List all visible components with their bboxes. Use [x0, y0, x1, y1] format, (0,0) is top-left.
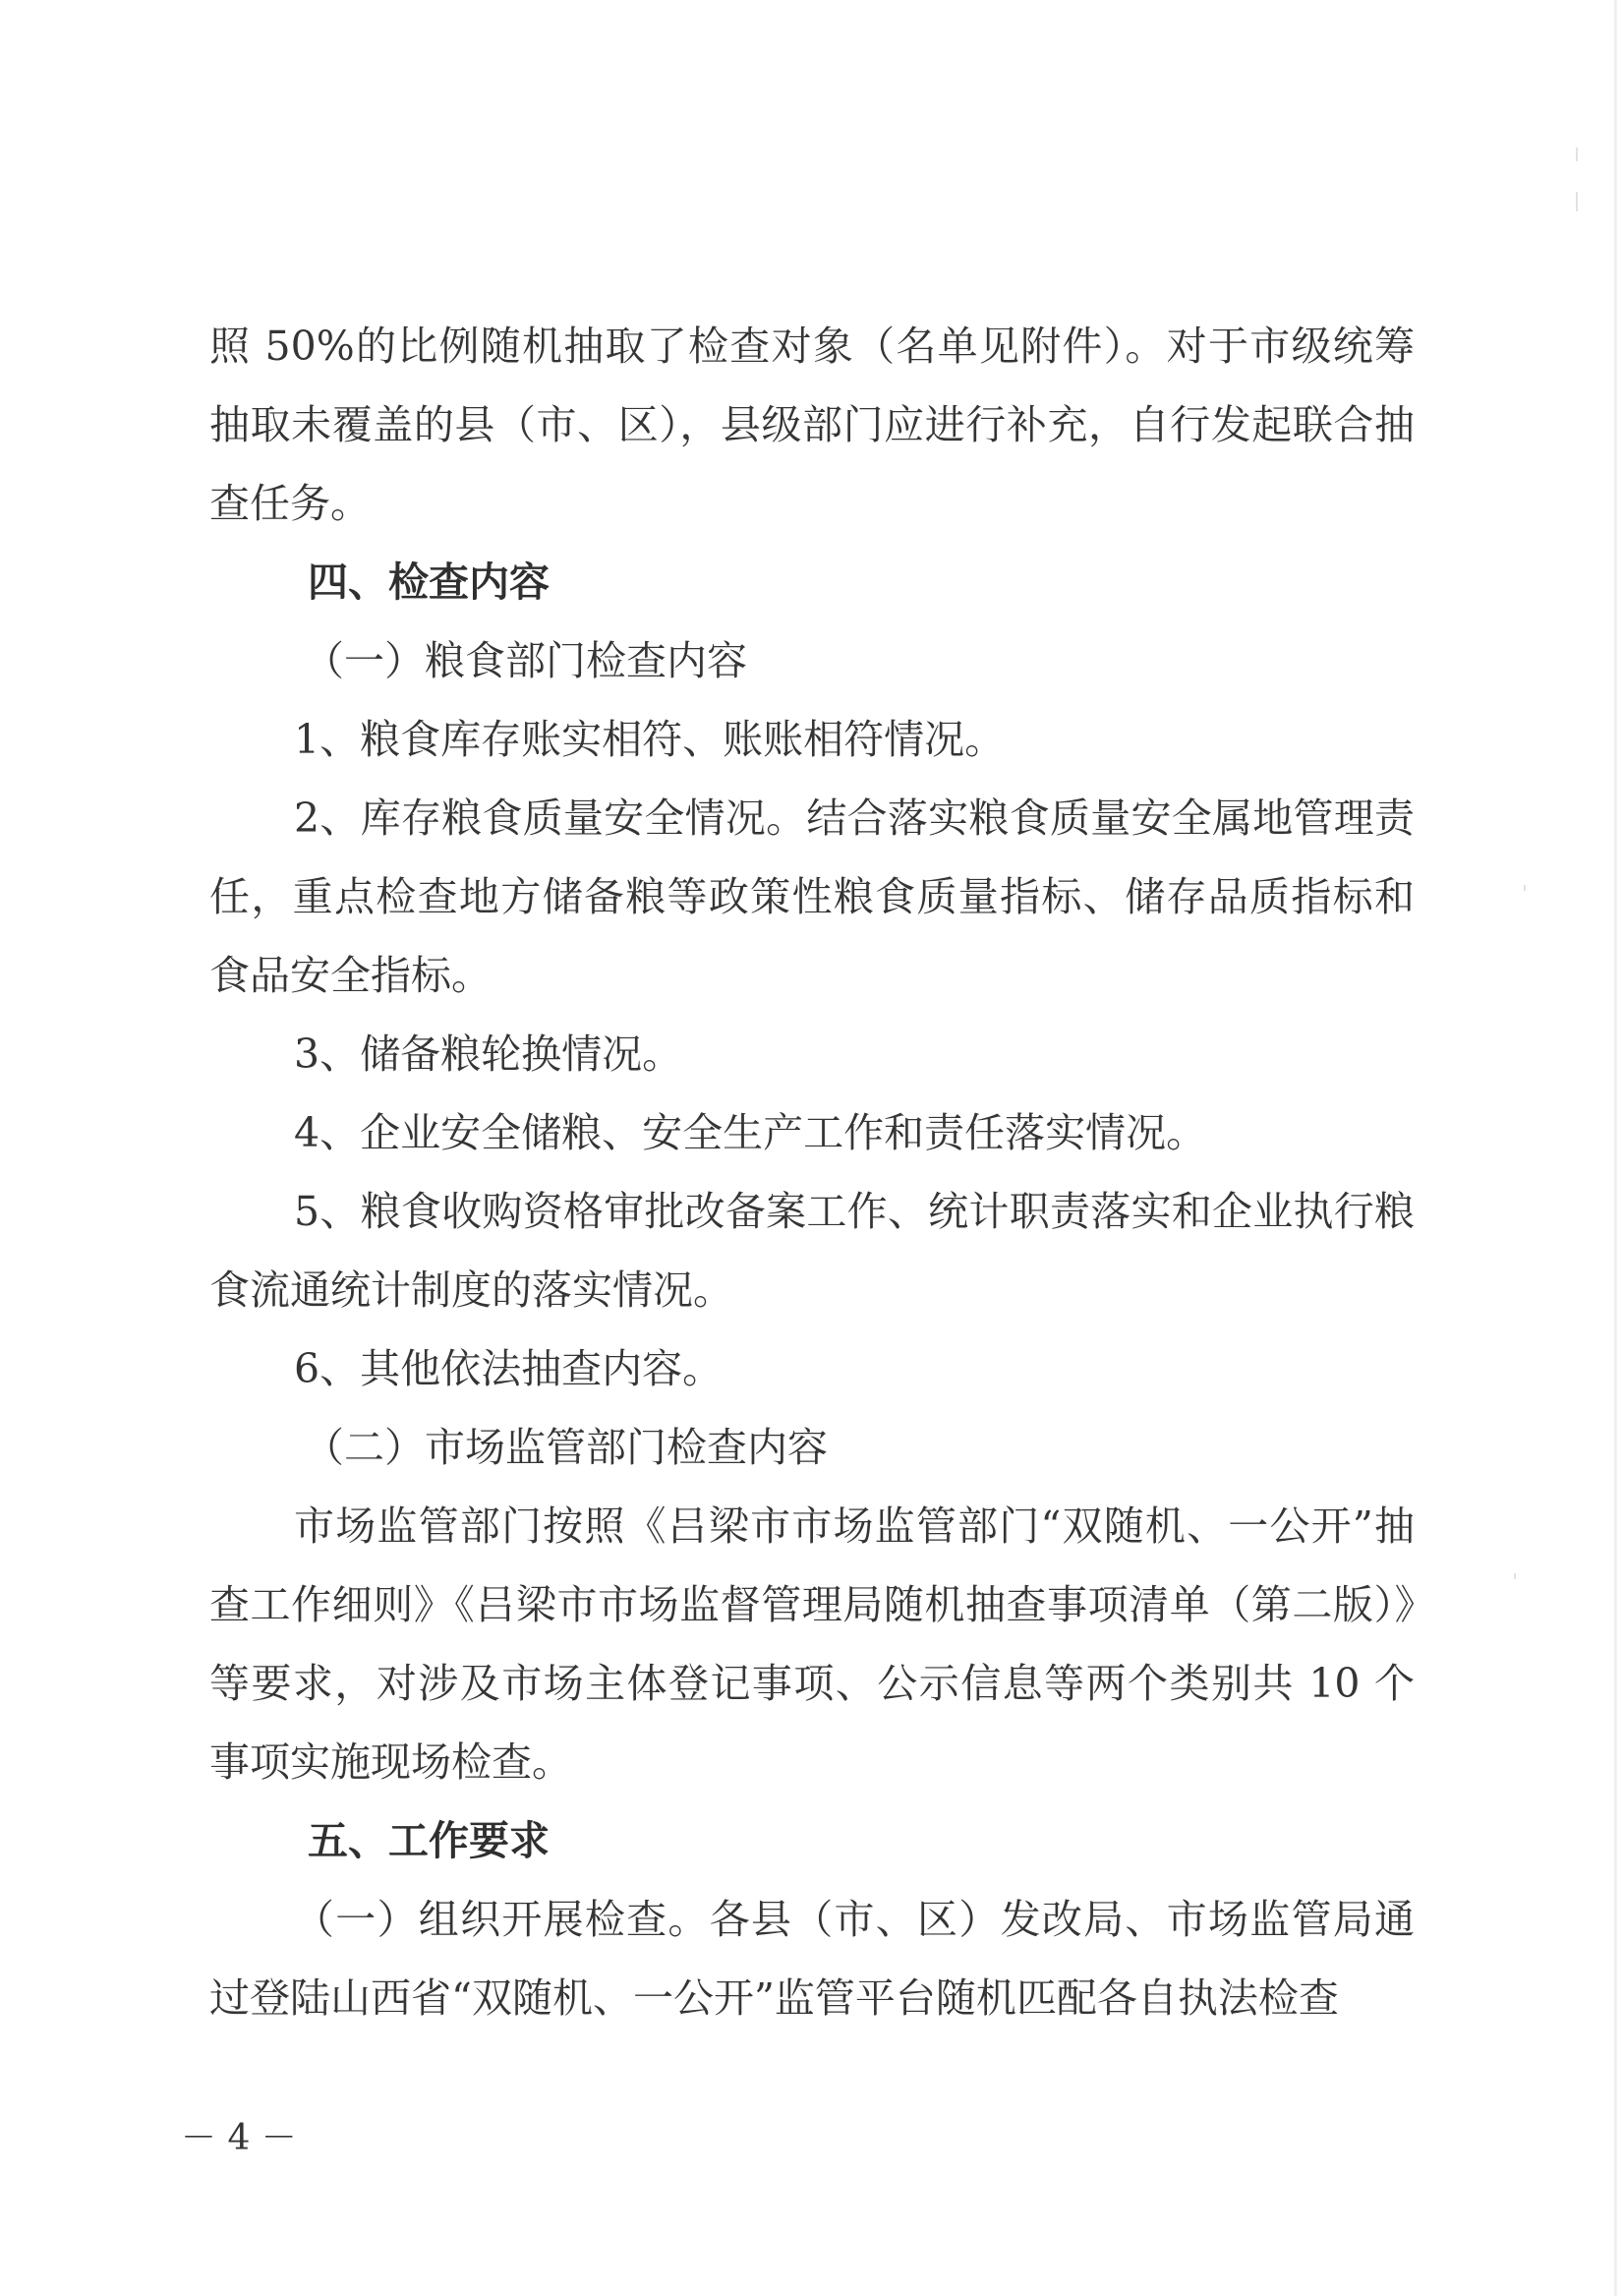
paragraph-organize-inspection: （一）组织开展检查。各县（市、区）发改局、市场监管局通过登陆山西省“双随机、一公…	[209, 1880, 1415, 2037]
document-page: 照 50%的比例随机抽取了检查对象（名单见附件）。对于市级统筹抽取未覆盖的县（市…	[0, 0, 1623, 2296]
list-item-3: 3、储备粮轮换情况。	[209, 1015, 1415, 1093]
list-item-2: 2、库存粮食质量安全情况。结合落实粮食质量安全属地管理责任，重点检查地方储备粮等…	[209, 779, 1415, 1015]
paragraph-market-supervision: 市场监管部门按照《吕梁市市场监管部门“双随机、一公开”抽查工作细则》《吕梁市市场…	[209, 1487, 1415, 1801]
section-heading-inspection-content: 四、检查内容	[209, 543, 1415, 621]
page-number: － 4 －	[181, 2114, 297, 2163]
scan-artifact	[1576, 192, 1578, 211]
scan-artifact	[1514, 1573, 1516, 1579]
page-edge-shadow	[1614, 0, 1617, 2296]
list-item-1: 1、粮食库存账实相符、账账相符情况。	[209, 700, 1415, 779]
subsection-heading-market-supervision: （二）市场监管部门检查内容	[209, 1408, 1415, 1487]
document-body: 照 50%的比例随机抽取了检查对象（名单见附件）。对于市级统筹抽取未覆盖的县（市…	[209, 307, 1415, 2037]
list-item-5: 5、粮食收购资格审批改备案工作、统计职责落实和企业执行粮食流通统计制度的落实情况…	[209, 1172, 1415, 1329]
scan-artifact	[1524, 885, 1526, 891]
list-item-4: 4、企业安全储粮、安全生产工作和责任落实情况。	[209, 1093, 1415, 1172]
section-heading-work-requirements: 五、工作要求	[209, 1801, 1415, 1880]
scan-artifact	[1576, 147, 1578, 161]
subsection-heading-grain-department: （一）粮食部门检查内容	[209, 621, 1415, 700]
list-item-6: 6、其他依法抽查内容。	[209, 1329, 1415, 1408]
paragraph-continuation: 照 50%的比例随机抽取了检查对象（名单见附件）。对于市级统筹抽取未覆盖的县（市…	[209, 307, 1415, 543]
